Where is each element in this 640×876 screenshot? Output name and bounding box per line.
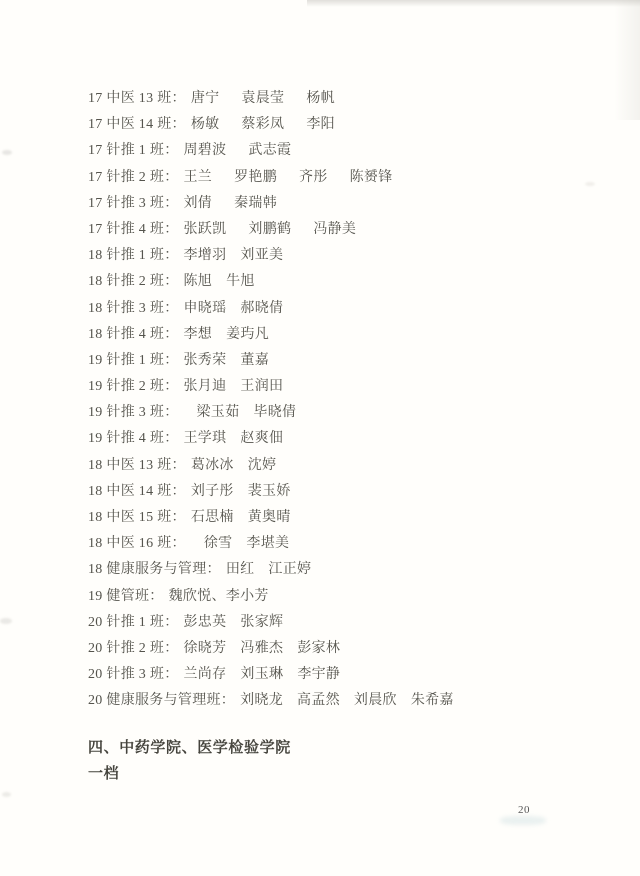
student-name: 王学琪 xyxy=(184,426,227,452)
student-name: 葛冰冰 xyxy=(191,453,234,479)
scan-smudge xyxy=(500,816,546,825)
student-name: 唐宁 xyxy=(191,86,220,112)
student-name: 江正婷 xyxy=(268,557,311,583)
scan-shadow-corner xyxy=(614,0,640,120)
roster-row: 18 中医 15 班：石思楠黄奥晴 xyxy=(88,505,454,531)
roster-row: 20 针推 2 班：徐晓芳冯雅杰彭家林 xyxy=(88,636,454,662)
roster-row: 18 中医 13 班：葛冰冰沈婷 xyxy=(88,453,454,479)
row-class-label: 20 健康服务与管理班： xyxy=(88,688,235,714)
row-class-label: 18 中医 13 班： xyxy=(88,453,186,479)
row-class-label: 19 针推 3 班： xyxy=(88,400,179,426)
student-name: 秦瑞韩 xyxy=(234,191,277,217)
row-class-label: 18 针推 2 班： xyxy=(88,269,179,295)
row-class-label: 20 针推 3 班： xyxy=(88,662,179,688)
roster-row: 20 健康服务与管理班：刘晓龙高孟然刘晨欣朱希嘉 xyxy=(88,688,454,714)
student-name: 李宇静 xyxy=(297,662,340,688)
row-student-names: 魏欣悦、李小芳 xyxy=(169,584,269,610)
student-name: 刘子彤 xyxy=(191,479,234,505)
row-class-label: 17 针推 3 班： xyxy=(88,191,179,217)
scan-smudge xyxy=(585,182,595,186)
roster-row: 18 中医 14 班：刘子彤裴玉娇 xyxy=(88,479,454,505)
row-class-label: 17 针推 4 班： xyxy=(88,217,179,243)
row-student-names: 张月迪王润田 xyxy=(184,374,284,400)
page-number: 20 xyxy=(518,803,530,817)
row-class-label: 18 针推 3 班： xyxy=(88,296,179,322)
row-class-label: 19 针推 1 班： xyxy=(88,348,179,374)
row-student-names: 葛冰冰沈婷 xyxy=(191,453,277,479)
student-name: 杨敏 xyxy=(191,112,220,138)
row-class-label: 19 针推 2 班： xyxy=(88,374,179,400)
roster-row: 19 针推 4 班：王学琪赵爽佃 xyxy=(88,426,454,452)
row-student-names: 申晓瑶郝晓倩 xyxy=(184,296,284,322)
student-name: 彭家林 xyxy=(297,636,340,662)
student-name: 牛旭 xyxy=(226,269,255,295)
roster-row: 18 针推 4 班：李想姜玙凡 xyxy=(88,322,454,348)
row-student-names: 陈旭牛旭 xyxy=(184,269,255,295)
student-name: 张月迪 xyxy=(184,374,227,400)
student-name: 董嘉 xyxy=(240,348,269,374)
roster-row: 19 针推 2 班：张月迪王润田 xyxy=(88,374,454,400)
student-name: 赵爽佃 xyxy=(240,426,283,452)
student-name: 罗艳鹏 xyxy=(234,165,277,191)
student-name: 冯雅杰 xyxy=(240,636,283,662)
row-student-names: 周碧波武志霞 xyxy=(184,138,292,164)
roster-row: 20 针推 3 班：兰尚存刘玉琳李宇静 xyxy=(88,662,454,688)
row-class-label: 18 针推 4 班： xyxy=(88,322,179,348)
student-name: 魏欣悦、李小芳 xyxy=(169,584,269,610)
roster-row: 19 针推 1 班：张秀荣董嘉 xyxy=(88,348,454,374)
section-heading: 四、中药学院、医学检验学院 xyxy=(88,735,291,761)
scan-shadow xyxy=(307,0,640,7)
roster-row: 18 中医 16 班：徐雪李堪美 xyxy=(88,531,454,557)
student-name: 李堪美 xyxy=(246,531,289,557)
student-name: 张秀荣 xyxy=(184,348,227,374)
scan-smudge xyxy=(2,792,11,797)
roster-row: 17 针推 3 班：刘倩秦瑞韩 xyxy=(88,191,454,217)
row-class-label: 19 针推 4 班： xyxy=(88,426,179,452)
student-name: 徐雪 xyxy=(204,531,233,557)
student-name: 蔡彩凤 xyxy=(241,112,284,138)
row-student-names: 徐雪李堪美 xyxy=(191,531,290,557)
student-name: 李想 xyxy=(184,322,213,348)
roster-row: 18 针推 3 班：申晓瑶郝晓倩 xyxy=(88,296,454,322)
row-student-names: 兰尚存刘玉琳李宇静 xyxy=(184,662,341,688)
student-name: 杨帆 xyxy=(306,86,335,112)
row-class-label: 20 针推 2 班： xyxy=(88,636,179,662)
student-name: 毕晓倩 xyxy=(253,400,296,426)
row-student-names: 王学琪赵爽佃 xyxy=(184,426,284,452)
student-name: 张跃凯 xyxy=(184,217,227,243)
student-name: 袁晨莹 xyxy=(241,86,284,112)
roster-row: 18 针推 2 班：陈旭牛旭 xyxy=(88,269,454,295)
student-name: 沈婷 xyxy=(248,453,277,479)
roster-row: 18 健康服务与管理：田红江正婷 xyxy=(88,557,454,583)
student-name: 刘晓龙 xyxy=(240,688,283,714)
student-name: 刘鹏鹤 xyxy=(248,217,291,243)
row-class-label: 18 中医 14 班： xyxy=(88,479,186,505)
row-class-label: 19 健管班： xyxy=(88,584,164,610)
student-name: 武志霞 xyxy=(248,138,291,164)
roster-row: 17 中医 14 班：杨敏蔡彩凤李阳 xyxy=(88,112,454,138)
row-class-label: 17 中医 14 班： xyxy=(88,112,186,138)
student-name: 姜玙凡 xyxy=(226,322,269,348)
student-name: 兰尚存 xyxy=(184,662,227,688)
row-class-label: 17 针推 2 班： xyxy=(88,165,179,191)
row-student-names: 徐晓芳冯雅杰彭家林 xyxy=(184,636,341,662)
student-name: 郝晓倩 xyxy=(240,296,283,322)
row-student-names: 王兰罗艳鹏齐彤陈赟锋 xyxy=(184,165,393,191)
student-name: 申晓瑶 xyxy=(184,296,227,322)
row-student-names: 刘子彤裴玉娇 xyxy=(191,479,291,505)
student-name: 刘倩 xyxy=(184,191,213,217)
student-name: 李阳 xyxy=(306,112,335,138)
row-class-label: 18 针推 1 班： xyxy=(88,243,179,269)
row-student-names: 石思楠黄奥晴 xyxy=(191,505,291,531)
student-name: 徐晓芳 xyxy=(184,636,227,662)
row-student-names: 梁玉茹毕晓倩 xyxy=(184,400,297,426)
student-name: 张家辉 xyxy=(240,610,283,636)
row-student-names: 唐宁袁晨莹杨帆 xyxy=(191,86,335,112)
student-name: 周碧波 xyxy=(184,138,227,164)
row-student-names: 张秀荣董嘉 xyxy=(184,348,270,374)
row-student-names: 田红江正婷 xyxy=(226,557,312,583)
student-name: 梁玉茹 xyxy=(197,400,240,426)
row-student-names: 杨敏蔡彩凤李阳 xyxy=(191,112,335,138)
row-student-names: 刘倩秦瑞韩 xyxy=(184,191,278,217)
roster-row: 17 针推 2 班：王兰罗艳鹏齐彤陈赟锋 xyxy=(88,165,454,191)
row-class-label: 18 中医 15 班： xyxy=(88,505,186,531)
scan-smudge xyxy=(2,150,12,155)
document-page: 17 中医 13 班：唐宁袁晨莹杨帆17 中医 14 班：杨敏蔡彩凤李阳17 针… xyxy=(0,0,640,876)
student-name: 裴玉娇 xyxy=(248,479,291,505)
student-name: 石思楠 xyxy=(191,505,234,531)
student-name: 王润田 xyxy=(240,374,283,400)
row-class-label: 18 中医 16 班： xyxy=(88,531,186,557)
roster-row: 17 针推 1 班：周碧波武志霞 xyxy=(88,138,454,164)
student-name: 刘晨欣 xyxy=(354,688,397,714)
student-name: 黄奥晴 xyxy=(248,505,291,531)
row-student-names: 李想姜玙凡 xyxy=(184,322,270,348)
student-name: 王兰 xyxy=(184,165,213,191)
section-subheading: 一档 xyxy=(88,761,291,787)
scan-smudge xyxy=(0,618,12,624)
student-name: 刘玉琳 xyxy=(240,662,283,688)
student-name: 陈旭 xyxy=(184,269,213,295)
row-student-names: 彭忠英张家辉 xyxy=(184,610,284,636)
row-student-names: 李增羽刘亚美 xyxy=(184,243,284,269)
row-student-names: 刘晓龙高孟然刘晨欣朱希嘉 xyxy=(240,688,454,714)
roster-row: 17 中医 13 班：唐宁袁晨莹杨帆 xyxy=(88,86,454,112)
student-name: 陈赟锋 xyxy=(350,165,393,191)
row-class-label: 17 中医 13 班： xyxy=(88,86,186,112)
student-name: 李增羽 xyxy=(184,243,227,269)
student-name: 田红 xyxy=(226,557,255,583)
student-name: 高孟然 xyxy=(297,688,340,714)
student-name: 齐彤 xyxy=(299,165,328,191)
next-section: 四、中药学院、医学检验学院 一档 xyxy=(88,735,291,787)
roster-row: 20 针推 1 班：彭忠英张家辉 xyxy=(88,610,454,636)
row-class-label: 18 健康服务与管理： xyxy=(88,557,221,583)
roster-row: 18 针推 1 班：李增羽刘亚美 xyxy=(88,243,454,269)
student-name: 彭忠英 xyxy=(184,610,227,636)
roster-list: 17 中医 13 班：唐宁袁晨莹杨帆17 中医 14 班：杨敏蔡彩凤李阳17 针… xyxy=(88,86,454,715)
roster-row: 19 针推 3 班：梁玉茹毕晓倩 xyxy=(88,400,454,426)
student-name: 刘亚美 xyxy=(240,243,283,269)
roster-row: 17 针推 4 班：张跃凯刘鹏鹤冯静美 xyxy=(88,217,454,243)
roster-row: 19 健管班：魏欣悦、李小芳 xyxy=(88,584,454,610)
student-name: 朱希嘉 xyxy=(411,688,454,714)
row-student-names: 张跃凯刘鹏鹤冯静美 xyxy=(184,217,357,243)
row-class-label: 17 针推 1 班： xyxy=(88,138,179,164)
row-class-label: 20 针推 1 班： xyxy=(88,610,179,636)
student-name: 冯静美 xyxy=(313,217,356,243)
